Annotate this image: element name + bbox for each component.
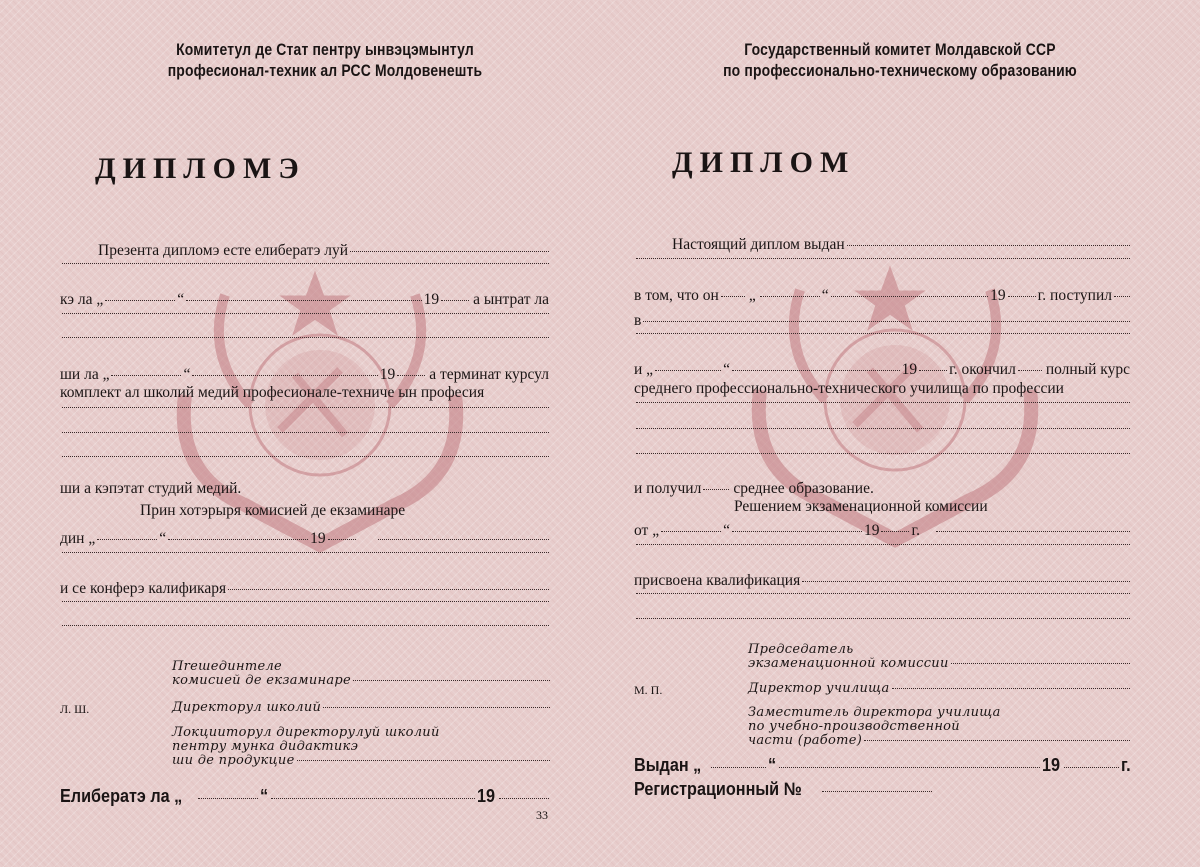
commission-line: Прин хотэрыря комисией де екзаминаре xyxy=(60,502,551,522)
year-prefix: 19 xyxy=(1042,755,1060,776)
left-page-moldavian: Комитетул де Стат пентру ынвэцэмынтул пр… xyxy=(0,0,600,867)
profession-field-2[interactable] xyxy=(636,428,1130,429)
decision-field[interactable] xyxy=(936,531,1130,532)
label: Настоящий диплом выдан xyxy=(672,236,845,254)
label: среднего профессионально-технического уч… xyxy=(634,380,1064,398)
day-field[interactable] xyxy=(655,370,721,371)
qualification-field-2[interactable] xyxy=(636,593,1130,594)
blank-line xyxy=(60,340,551,360)
page-number: 33 xyxy=(536,808,548,823)
ministry-line-1: Комитетул де Стат пентру ынвэцэмынтул xyxy=(124,39,526,60)
label: от „ xyxy=(634,522,659,540)
label: в том, что он xyxy=(634,287,719,305)
director-signature: Директорул школий xyxy=(172,701,552,715)
ministry-header: Государственный комитет Молдавской ССР п… xyxy=(695,39,1105,81)
finish-date-line: и „“19г. окончилполный курс xyxy=(634,361,1132,381)
label: Презента дипломэ есте елибератэ луй xyxy=(98,242,348,260)
label: комплект ал школий медий професионале-те… xyxy=(60,384,484,402)
blank-line xyxy=(634,336,1132,356)
label: ши де продукцие xyxy=(172,754,295,768)
course-line: комплект ал школий медий професионале-те… xyxy=(60,384,551,404)
year-field[interactable] xyxy=(881,531,909,532)
finish-date-line: ши ла „“19а терминат курсул xyxy=(60,366,551,386)
label: Решением экзаменационной комиссии xyxy=(734,498,988,516)
document-title: ДИПЛОМЭ xyxy=(95,152,306,186)
deputy-signature-field[interactable] xyxy=(864,740,1130,741)
profession-field-2[interactable] xyxy=(62,432,549,433)
day-field[interactable] xyxy=(198,798,258,799)
quote: “ xyxy=(159,530,166,548)
day-field[interactable] xyxy=(661,531,721,532)
label: и се конферэ калификаря xyxy=(60,580,226,598)
day-field[interactable] xyxy=(760,296,820,297)
gender-field[interactable] xyxy=(1018,370,1042,371)
label: пентру мунка дидактикэ xyxy=(172,740,552,754)
blank-line xyxy=(60,410,551,430)
label: а терминат курсул xyxy=(427,366,551,384)
blank-line xyxy=(60,266,551,286)
blank-line xyxy=(60,459,551,479)
quote: “ xyxy=(768,755,776,776)
blank-line xyxy=(60,604,551,624)
recipient-line: Настоящий диплом выдан xyxy=(634,236,1132,256)
year-field[interactable] xyxy=(328,539,356,540)
gender-field[interactable] xyxy=(703,489,729,490)
label: а ынтрат ла xyxy=(471,291,551,309)
qualification-field[interactable] xyxy=(228,589,549,590)
day-field[interactable] xyxy=(111,375,181,376)
quote: “ xyxy=(183,366,190,384)
recipient-field-2[interactable] xyxy=(62,263,549,264)
label: Директорул школий xyxy=(172,701,321,715)
label: ши а кэпэтат студий медий. xyxy=(60,480,241,498)
qualification-field-3[interactable] xyxy=(636,618,1130,619)
label: кэ ла „ xyxy=(60,291,103,309)
label: по учебно-производственной xyxy=(748,720,1132,734)
blank-line xyxy=(60,435,551,455)
blank-line xyxy=(634,456,1132,476)
profession-field-3[interactable] xyxy=(636,453,1130,454)
profession-field[interactable] xyxy=(62,407,549,408)
label: Локцииторул директорулуй школий xyxy=(172,726,552,740)
chair-signature: Председатель экзаменационной комиссии xyxy=(748,643,1132,671)
label: в xyxy=(634,312,641,330)
director-signature-field[interactable] xyxy=(323,707,550,708)
registration-number-field[interactable] xyxy=(822,791,932,792)
year-prefix: 19 xyxy=(477,786,495,807)
education-line: ши а кэпэтат студий медий. xyxy=(60,480,551,500)
blank-line xyxy=(60,555,551,575)
label: г. xyxy=(1121,755,1131,776)
deputy-signature-field[interactable] xyxy=(297,760,550,761)
ministry-line-1: Государственный комитет Молдавской ССР xyxy=(695,39,1105,60)
gender-field[interactable] xyxy=(1114,296,1130,297)
month-field[interactable] xyxy=(732,370,900,371)
decision-date-line: от „“19г. xyxy=(634,522,1132,542)
commission-line: Решением экзаменационной комиссии xyxy=(634,498,1132,518)
blank-line xyxy=(634,596,1132,616)
year-field[interactable] xyxy=(397,375,425,376)
year-field[interactable] xyxy=(1008,296,1036,297)
label: среднее образование. xyxy=(731,480,876,498)
year-prefix: 19 xyxy=(990,287,1006,305)
recipient-line: Презента дипломэ есте елибератэ луй xyxy=(60,242,551,262)
year-prefix: 19 xyxy=(424,291,440,309)
school-field[interactable] xyxy=(62,313,549,314)
director-signature-field[interactable] xyxy=(892,688,1130,689)
year-prefix: 19 xyxy=(310,530,326,548)
profession-field[interactable] xyxy=(636,402,1130,403)
chair-signature: Пreшединтеле комисией де екзаминаре xyxy=(172,660,552,688)
quote: “ xyxy=(822,287,829,305)
profession-field-3[interactable] xyxy=(62,456,549,457)
enroll-date-line: кэ ла „“19а ынтрат ла xyxy=(60,291,551,311)
month-field[interactable] xyxy=(732,531,862,532)
label: части (работе) xyxy=(748,734,862,748)
decision-field[interactable] xyxy=(378,539,549,540)
quote: “ xyxy=(177,291,184,309)
qualification-field-2[interactable] xyxy=(62,601,549,602)
month-field[interactable] xyxy=(779,767,1041,768)
month-field[interactable] xyxy=(271,798,475,799)
label: дин „ xyxy=(60,530,95,548)
year-field[interactable] xyxy=(919,370,947,371)
decision-field-2[interactable] xyxy=(62,552,549,553)
label: Прин хотэрыря комисией де екзаминаре xyxy=(140,502,405,520)
recipient-field[interactable] xyxy=(847,245,1130,246)
blank-line xyxy=(634,261,1132,281)
deputy-signature: Локцииторул директорулуй школий пентру м… xyxy=(172,726,552,768)
blank-line xyxy=(60,316,551,336)
label: г. окончил xyxy=(949,361,1016,379)
course-line: среднего профессионально-технического уч… xyxy=(634,380,1132,400)
recipient-field[interactable] xyxy=(350,251,549,252)
registration-line: Регистрационный № xyxy=(634,779,934,803)
school-field-2[interactable] xyxy=(62,337,549,338)
year-field[interactable] xyxy=(1064,767,1119,768)
label: Заместитель директора училища xyxy=(748,706,1132,720)
label: Пreшединтеле xyxy=(172,660,552,674)
blank-line xyxy=(60,628,551,648)
qualification-line: и се конферэ калификаря xyxy=(60,580,551,600)
qualification-field[interactable] xyxy=(802,581,1130,582)
qualification-line: присвоена квалификация xyxy=(634,572,1132,592)
quote: „ xyxy=(747,287,758,305)
label: присвоена квалификация xyxy=(634,572,800,590)
label: полный курс xyxy=(1044,361,1132,379)
decision-date-line: дин „“19 xyxy=(60,530,551,550)
ministry-header: Комитетул де Стат пентру ынвэцэмынтул пр… xyxy=(124,39,526,81)
day-field[interactable] xyxy=(97,539,157,540)
blank-line xyxy=(634,431,1132,451)
quote: “ xyxy=(723,361,730,379)
label: г. поступил xyxy=(1038,287,1112,305)
document-title: ДИПЛОМ xyxy=(672,146,855,180)
stamp-placeholder: М. П. xyxy=(634,683,662,698)
day-field[interactable] xyxy=(105,300,175,301)
year-field[interactable] xyxy=(499,798,549,799)
chair-signature-field[interactable] xyxy=(951,663,1130,664)
enroll-date-line: в том, что он„“19г. поступил xyxy=(634,287,1132,307)
qualification-field-3[interactable] xyxy=(62,625,549,626)
blank-line xyxy=(634,621,1132,641)
label: и получил xyxy=(634,480,701,498)
ministry-line-2: професионал-техник ал РСС Молдовенешть xyxy=(124,60,526,81)
right-page-russian: Государственный комитет Молдавской ССР п… xyxy=(600,0,1200,867)
blank-line xyxy=(634,547,1132,567)
label: ши ла „ xyxy=(60,366,109,384)
decision-field-2[interactable] xyxy=(636,544,1130,545)
quote: “ xyxy=(260,786,268,807)
label: г. xyxy=(911,522,919,540)
deputy-signature: Заместитель директора училища по учебно-… xyxy=(748,706,1132,748)
recipient-field-2[interactable] xyxy=(636,258,1130,259)
label: комисией де екзаминаре xyxy=(172,674,351,688)
year-prefix: 19 xyxy=(864,522,880,540)
label: Председатель xyxy=(748,643,1132,657)
school-field[interactable] xyxy=(643,321,1130,322)
director-signature: Директор училища xyxy=(748,682,1132,696)
ministry-line-2: по профессионально-техническому образова… xyxy=(695,60,1105,81)
chair-signature-field[interactable] xyxy=(353,680,550,681)
school-line: в xyxy=(634,312,1132,332)
label: Елибератэ ла „ xyxy=(60,786,182,807)
school-field-2[interactable] xyxy=(636,333,1130,334)
year-prefix: 19 xyxy=(380,366,396,384)
month-field[interactable] xyxy=(186,300,421,301)
month-field[interactable] xyxy=(168,539,308,540)
month-field[interactable] xyxy=(831,296,989,297)
label: Регистрационный № xyxy=(634,779,802,800)
issued-line: Елибератэ ла „“19 xyxy=(60,786,551,810)
label: и „ xyxy=(634,361,653,379)
label: экзаменационной комиссии xyxy=(748,657,949,671)
blank-line xyxy=(634,405,1132,425)
quote: “ xyxy=(723,522,730,540)
gender-field[interactable] xyxy=(721,296,745,297)
stamp-placeholder: Л. Ш. xyxy=(60,702,89,717)
month-field[interactable] xyxy=(192,375,377,376)
day-field[interactable] xyxy=(711,767,766,768)
education-line: и получилсреднее образование. xyxy=(634,480,1132,500)
year-field[interactable] xyxy=(441,300,469,301)
issued-line: Выдан „“19г. xyxy=(634,755,1132,779)
label: Директор училища xyxy=(748,682,890,696)
label: Выдан „ xyxy=(634,755,701,776)
year-prefix: 19 xyxy=(902,361,918,379)
